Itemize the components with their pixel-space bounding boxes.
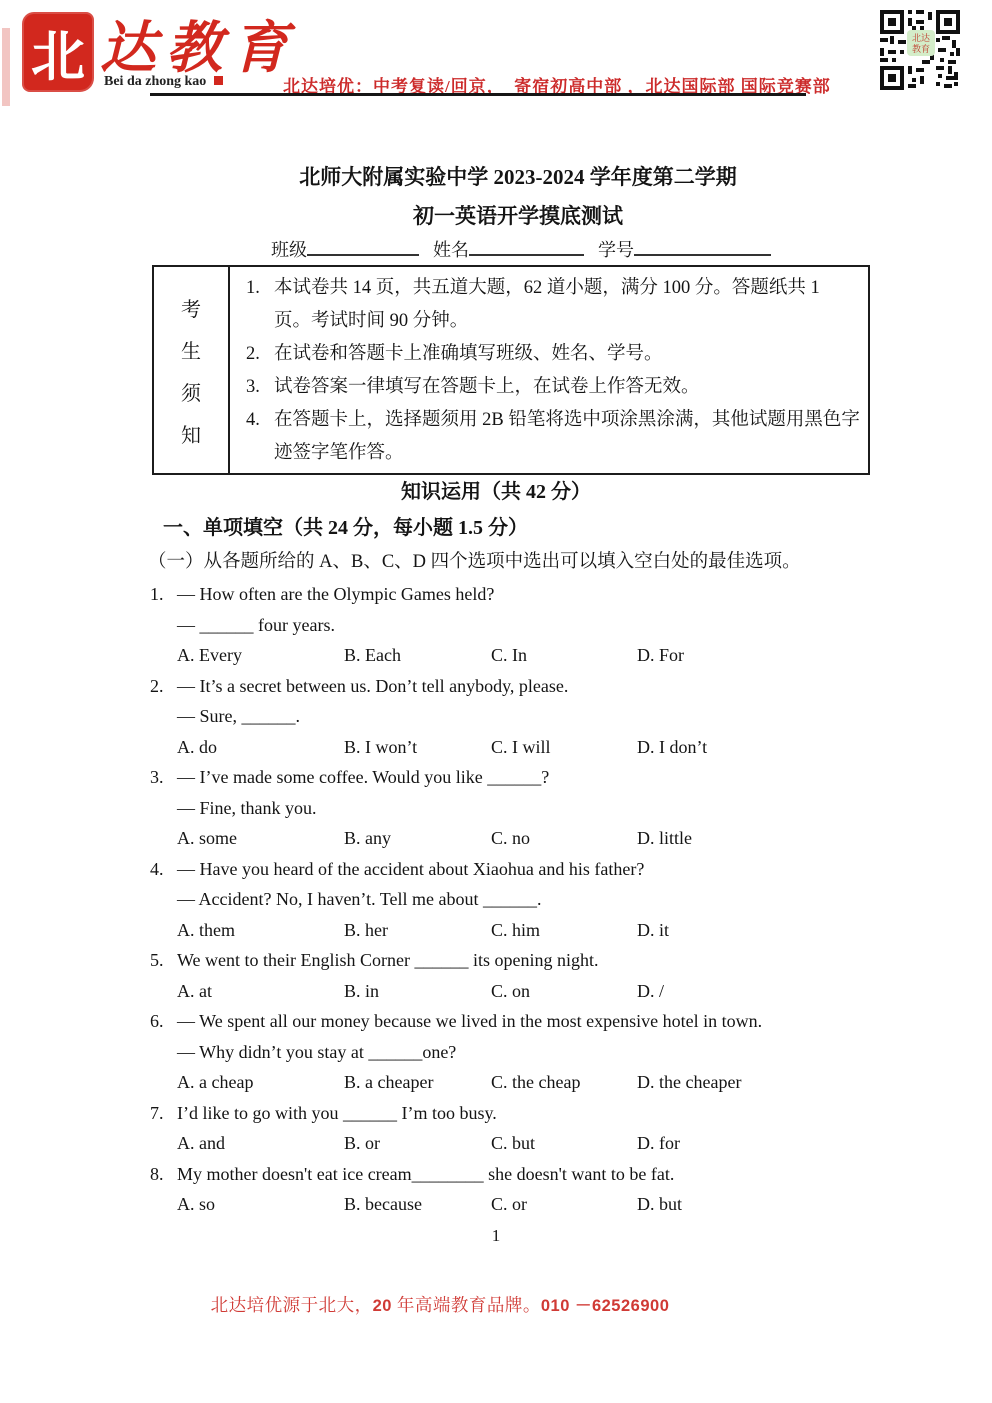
- option-c: C. I will: [491, 732, 637, 763]
- notice-side-label: 考 生 须 知: [154, 267, 230, 473]
- brand-seal-logo: 北: [22, 12, 94, 92]
- question-line: — It’s a secret between us. Don’t tell a…: [177, 671, 992, 702]
- question-8: 8.My mother doesn't eat ice cream_______…: [150, 1159, 992, 1220]
- option-a: A. a cheap: [177, 1067, 344, 1098]
- option-c: C. on: [491, 976, 637, 1007]
- question-number: 6.: [150, 1006, 177, 1037]
- red-square-icon: [214, 76, 223, 85]
- class-blank-line: [307, 236, 419, 256]
- qr-center-label-line1: 北达: [912, 32, 930, 43]
- question-line: — Why didn’t you stay at ______one?: [177, 1037, 992, 1068]
- notice-item: 4. 在答题卡上，选择题须用 2B 铅笔将选中项涂黑涂满，其他试题用黑色字迹签字…: [238, 404, 860, 470]
- option-c: C. or: [491, 1189, 637, 1220]
- question-line: I’d like to go with you ______ I’m too b…: [177, 1098, 992, 1129]
- option-d: D. For: [637, 640, 992, 671]
- exam-subtitle: 初一英语开学摸底测试: [0, 203, 992, 229]
- question-list: 1.— How often are the Olympic Games held…: [150, 579, 992, 1220]
- option-b: B. a cheaper: [344, 1067, 491, 1098]
- option-b: B. or: [344, 1128, 491, 1159]
- exam-title: 北师大附属实验中学 2023-2024 学年度第二学期: [0, 164, 992, 190]
- option-d: D. /: [637, 976, 992, 1007]
- option-c: C. but: [491, 1128, 637, 1159]
- page-number: 1: [0, 1226, 992, 1246]
- notice-item-number: 2.: [238, 338, 274, 371]
- question-1: 1.— How often are the Olympic Games held…: [150, 579, 992, 671]
- question-line: — Fine, thank you.: [177, 793, 992, 824]
- notice-side-char: 生: [181, 335, 201, 364]
- options-row: A. at B. in C. on D. /: [177, 976, 992, 1007]
- qr-code: 北达 教育: [878, 8, 962, 92]
- notice-items: 1. 本试卷共 14 页，共五道大题，62 道小题，满分 100 分。答题纸共 …: [230, 267, 868, 473]
- options-row: A. a cheap B. a cheaper C. the cheap D. …: [177, 1067, 992, 1098]
- qr-center-label-line2: 教育: [912, 43, 930, 54]
- question-line: — How often are the Olympic Games held?: [177, 579, 992, 610]
- option-c: C. no: [491, 823, 637, 854]
- option-a: A. and: [177, 1128, 344, 1159]
- examinee-notice-box: 考 生 须 知 1. 本试卷共 14 页，共五道大题，62 道小题，满分 100…: [152, 265, 870, 475]
- question-number: 2.: [150, 671, 177, 702]
- question-number: 3.: [150, 762, 177, 793]
- question-line: — Accident? No, I haven’t. Tell me about…: [177, 884, 992, 915]
- question-7: 7.I’d like to go with you ______ I’m too…: [150, 1098, 992, 1159]
- question-number: 8.: [150, 1159, 177, 1190]
- notice-item-number: 3.: [238, 371, 274, 404]
- notice-side-char: 须: [181, 377, 201, 406]
- options-row: A. do B. I won’t C. I will D. I don’t: [177, 732, 992, 763]
- option-d: D. for: [637, 1128, 992, 1159]
- option-b: B. any: [344, 823, 491, 854]
- part-heading: 知识运用（共 42 分）: [0, 480, 992, 505]
- footer-brand-line: 北达培优源于北大，20 年高端教育品牌。010 －62526900: [0, 1292, 880, 1317]
- option-b: B. Each: [344, 640, 491, 671]
- option-d: D. the cheaper: [637, 1067, 992, 1098]
- question-line: We went to their English Corner ______ i…: [177, 945, 992, 976]
- footer-years-bold: 20: [373, 1297, 392, 1315]
- notice-side-char: 考: [181, 293, 201, 322]
- notice-item-number: 1.: [238, 272, 274, 338]
- question-line: — Sure, ______.: [177, 701, 992, 732]
- id-blank-line: [634, 236, 771, 256]
- notice-item-text: 本试卷共 14 页，共五道大题，62 道小题，满分 100 分。答题纸共 1 页…: [274, 272, 860, 338]
- notice-item-number: 4.: [238, 404, 274, 470]
- question-number: 1.: [150, 579, 177, 610]
- question-number: 4.: [150, 854, 177, 885]
- question-line: — I’ve made some coffee. Would you like …: [177, 762, 992, 793]
- notice-item: 2. 在试卷和答题卡上准确填写班级、姓名、学号。: [238, 338, 860, 371]
- footer-text: 北达培优源于北大，: [211, 1295, 373, 1315]
- question-line: — Have you heard of the accident about X…: [177, 854, 992, 885]
- notice-item: 1. 本试卷共 14 页，共五道大题，62 道小题，满分 100 分。答题纸共 …: [238, 272, 860, 338]
- question-2: 2.— It’s a secret between us. Don’t tell…: [150, 671, 992, 763]
- exam-paper-page: 北 达教育 Bei da zhong kao 北达培优：中考复读/回京， 寄宿初…: [0, 0, 992, 1403]
- option-b: B. because: [344, 1189, 491, 1220]
- student-info-row: 班级姓名学号: [0, 236, 992, 263]
- question-number: 7.: [150, 1098, 177, 1129]
- brand-subtitle: Bei da zhong kao: [104, 74, 223, 90]
- notice-item-text: 试卷答案一律填写在答题卡上，在试卷上作答无效。: [274, 371, 860, 404]
- name-label: 姓名: [433, 240, 469, 260]
- option-c: C. the cheap: [491, 1067, 637, 1098]
- options-row: A. some B. any C. no D. little: [177, 823, 992, 854]
- header-divider-line: [150, 93, 806, 96]
- brand-name-calligraphy: 达教育: [100, 4, 298, 84]
- brand-subtitle-text: Bei da zhong kao: [104, 74, 206, 89]
- option-c: C. him: [491, 915, 637, 946]
- option-a: A. at: [177, 976, 344, 1007]
- notice-side-char: 知: [181, 419, 201, 448]
- option-b: B. her: [344, 915, 491, 946]
- option-b: B. in: [344, 976, 491, 1007]
- option-b: B. I won’t: [344, 732, 491, 763]
- notice-item-text: 在答题卡上，选择题须用 2B 铅笔将选中项涂黑涂满，其他试题用黑色字迹签字笔作答…: [274, 404, 860, 470]
- question-number: 5.: [150, 945, 177, 976]
- section-instruction: （一）从各题所给的 A、B、C、D 四个选项中选出可以填入空白处的最佳选项。: [148, 550, 992, 575]
- name-blank-line: [469, 236, 584, 256]
- option-d: D. it: [637, 915, 992, 946]
- notice-item: 3. 试卷答案一律填写在答题卡上，在试卷上作答无效。: [238, 371, 860, 404]
- class-label: 班级: [271, 240, 307, 260]
- footer-text: 年高端教育品牌。: [392, 1295, 541, 1315]
- question-line: — ______ four years.: [177, 610, 992, 641]
- question-3: 3.— I’ve made some coffee. Would you lik…: [150, 762, 992, 854]
- question-line: — We spent all our money because we live…: [177, 1006, 992, 1037]
- question-6: 6.— We spent all our money because we li…: [150, 1006, 992, 1098]
- notice-item-text: 在试卷和答题卡上准确填写班级、姓名、学号。: [274, 338, 860, 371]
- option-d: D. little: [637, 823, 992, 854]
- question-5: 5.We went to their English Corner ______…: [150, 945, 992, 1006]
- section-heading: 一、单项填空（共 24 分，每小题 1.5 分）: [163, 516, 992, 541]
- option-c: C. In: [491, 640, 637, 671]
- options-row: A. them B. her C. him D. it: [177, 915, 992, 946]
- option-a: A. them: [177, 915, 344, 946]
- options-row: A. Every B. Each C. In D. For: [177, 640, 992, 671]
- footer-phone: 010 －62526900: [541, 1297, 670, 1315]
- question-4: 4.— Have you heard of the accident about…: [150, 854, 992, 946]
- options-row: A. and B. or C. but D. for: [177, 1128, 992, 1159]
- question-line: My mother doesn't eat ice cream________ …: [177, 1159, 992, 1190]
- option-a: A. some: [177, 823, 344, 854]
- option-a: A. so: [177, 1189, 344, 1220]
- scan-edge-artifact: [2, 28, 10, 106]
- option-a: A. do: [177, 732, 344, 763]
- option-a: A. Every: [177, 640, 344, 671]
- seal-character: 北: [31, 14, 85, 91]
- header: 北 达教育 Bei da zhong kao 北达培优：中考复读/回京， 寄宿初…: [0, 0, 992, 150]
- option-d: D. I don’t: [637, 732, 992, 763]
- options-row: A. so B. because C. or D. but: [177, 1189, 992, 1220]
- option-d: D. but: [637, 1189, 992, 1220]
- id-label: 学号: [598, 240, 634, 260]
